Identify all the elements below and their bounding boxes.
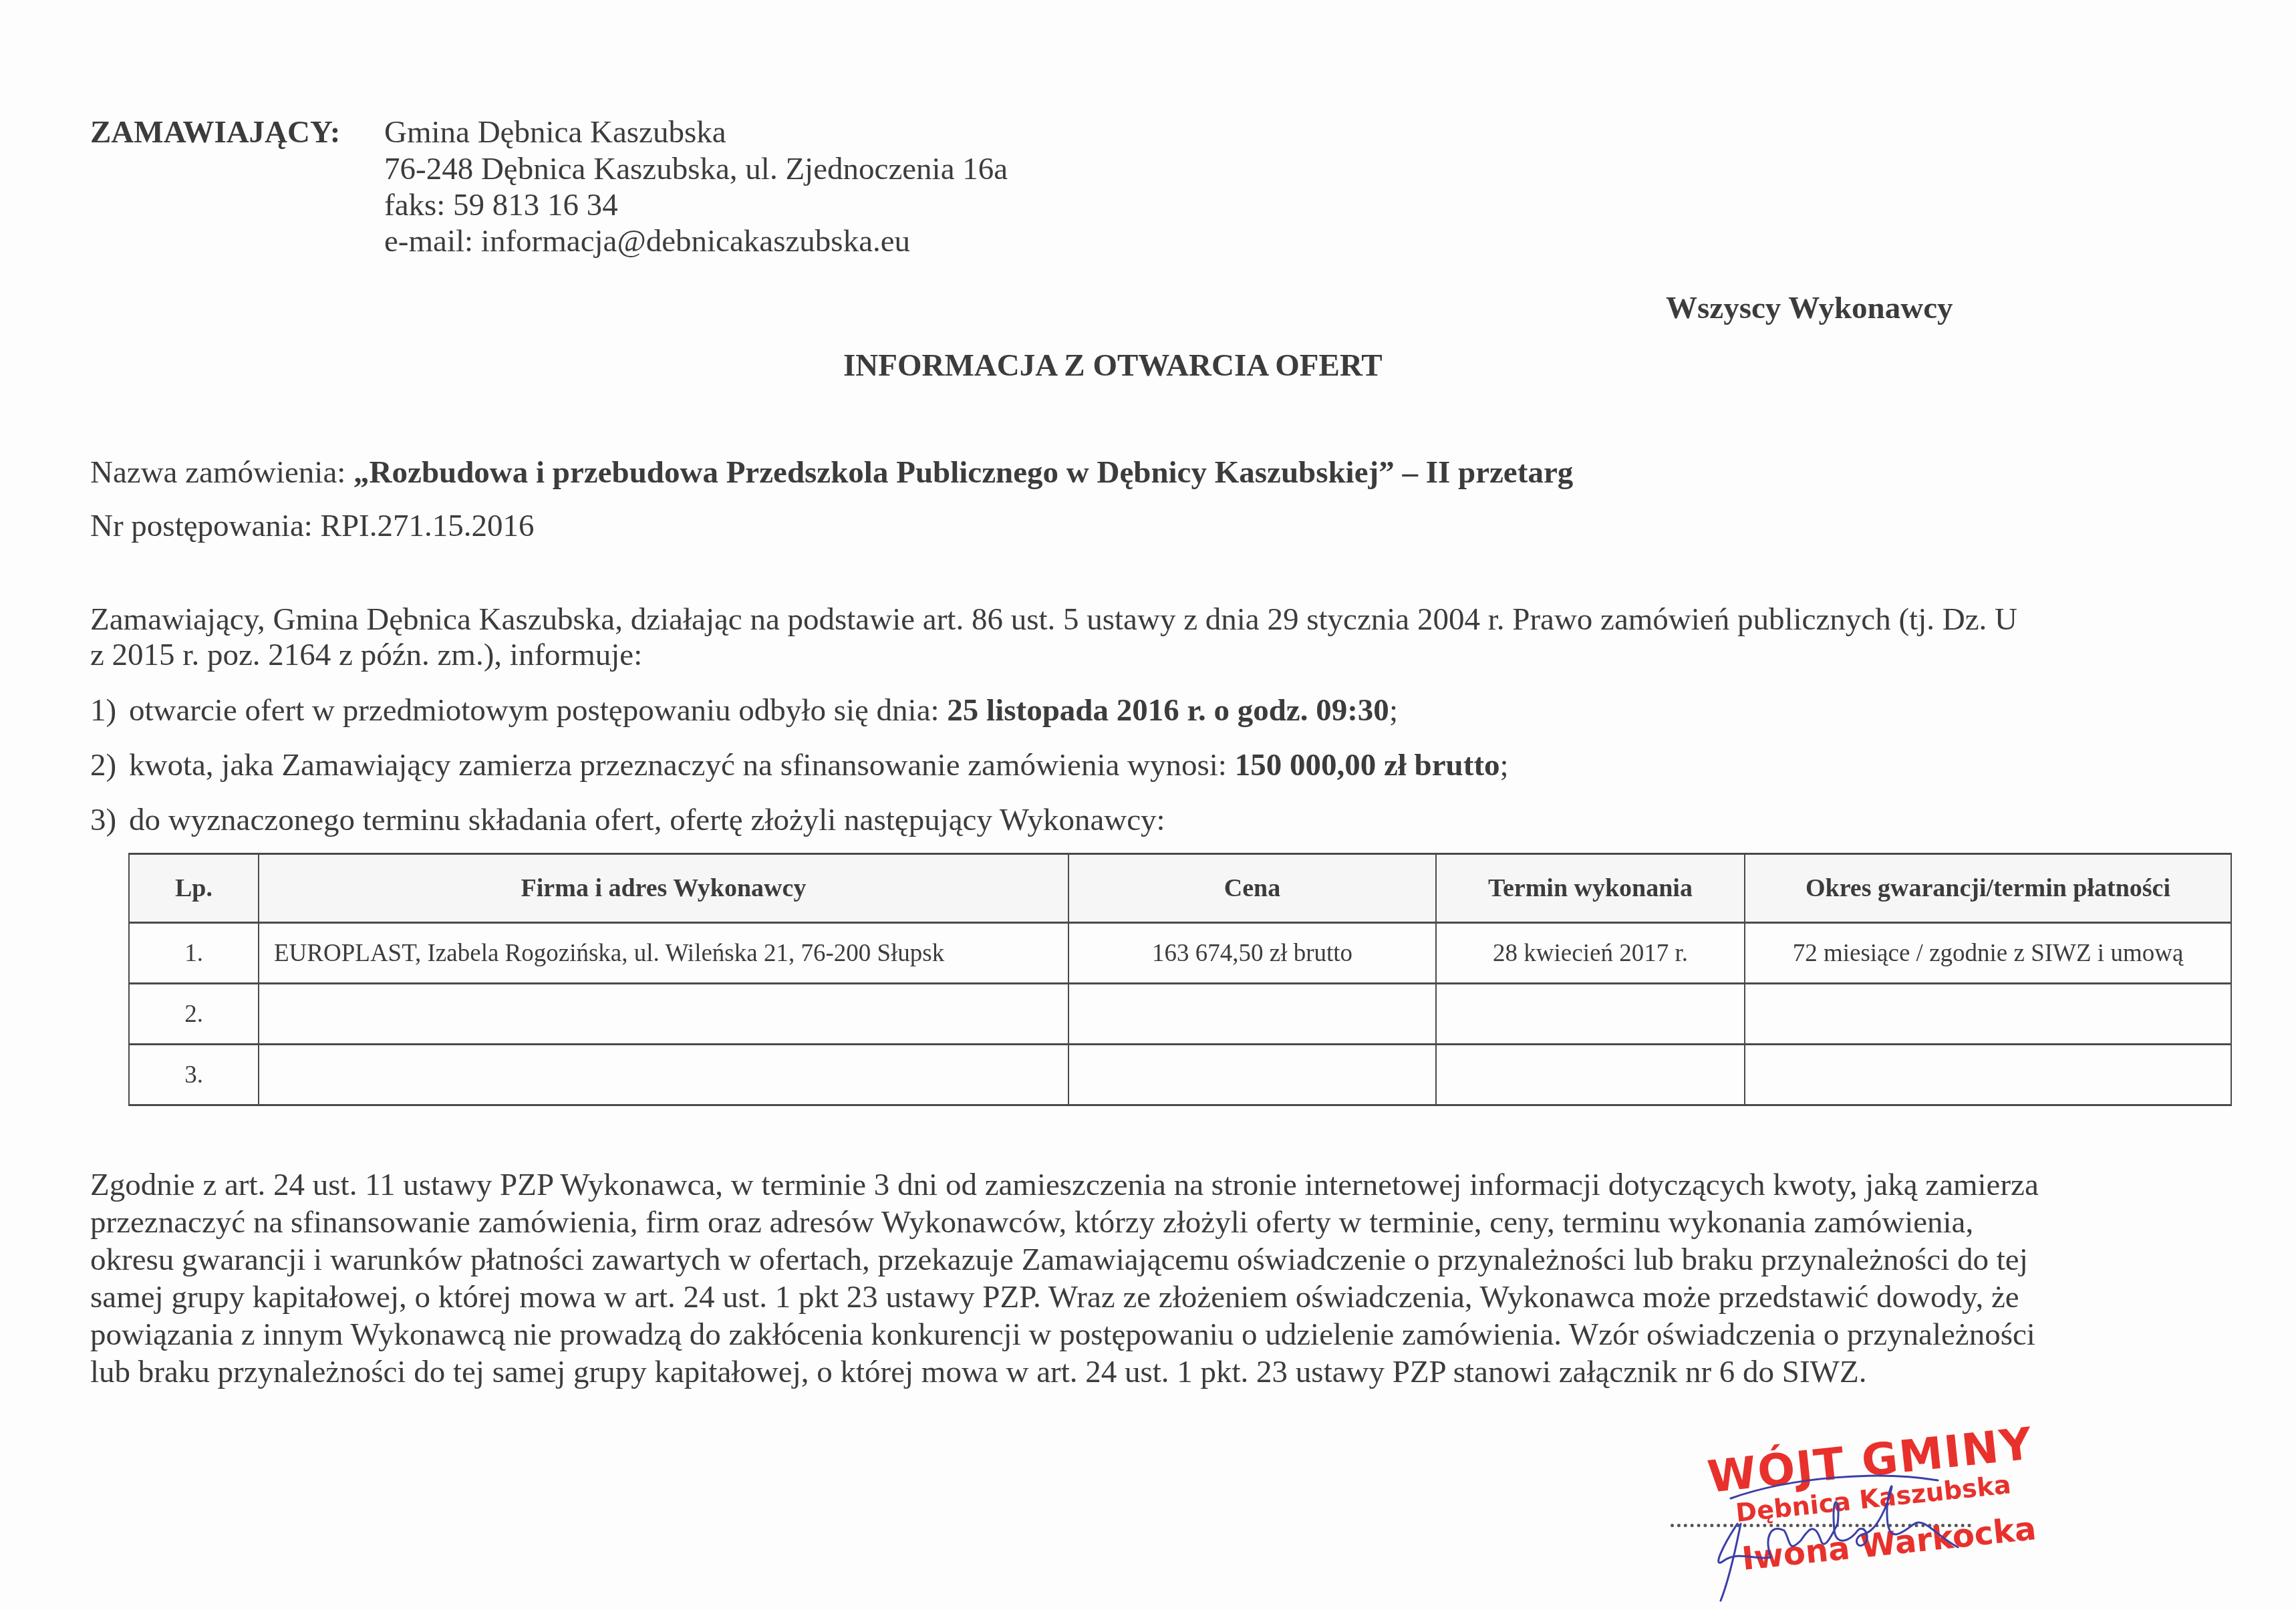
cell-warranty: 72 miesiące / zgodnie z SIWZ i umową — [1745, 923, 2231, 984]
cell-lp: 2. — [129, 984, 259, 1045]
intro-line: Zamawiający, Gmina Dębnica Kaszubska, dz… — [90, 601, 2017, 638]
closing-line: okresu gwarancji i warunków płatności za… — [90, 1242, 2028, 1278]
closing-line: lub braku przynależności do tej samej gr… — [90, 1354, 1866, 1390]
list-tail: ; — [1500, 748, 1509, 783]
recipients: Wszyscy Wykonawcy — [1666, 290, 1953, 326]
document-title: INFORMACJA Z OTWARCIA OFERT — [843, 348, 1383, 384]
cell-lp: 1. — [129, 923, 259, 984]
list-text: kwota, jaka Zamawiający zamierza przezna… — [129, 748, 1235, 783]
column-header-deadline: Termin wykonania — [1436, 854, 1745, 923]
cell-deadline — [1436, 984, 1745, 1045]
table-row: 3. — [129, 1045, 2231, 1105]
list-number: 2) — [90, 747, 129, 783]
list-bold: 150 000,00 zł brutto — [1235, 748, 1500, 783]
ordering-party-label: ZAMAWIAJĄCY: — [90, 114, 340, 150]
cell-price — [1068, 984, 1436, 1045]
procedure-number-value: RPI.271.15.2016 — [321, 509, 535, 543]
list-item-opening-date: 1)otwarcie ofert w przedmiotowym postępo… — [90, 692, 1398, 728]
closing-line: Zgodnie z art. 24 ust. 11 ustawy PZP Wyk… — [90, 1167, 2039, 1203]
cell-warranty — [1745, 1045, 2231, 1105]
order-name-value: „Rozbudowa i przebudowa Przedszkola Publ… — [353, 455, 1573, 490]
cell-firm — [259, 1045, 1068, 1105]
column-header-lp: Lp. — [129, 854, 259, 923]
handwritten-signature-icon — [1657, 1424, 2031, 1610]
cell-deadline — [1436, 1045, 1745, 1105]
intro-line: z 2015 r. poz. 2164 z późn. zm.), inform… — [90, 637, 642, 673]
address-line-street: 76-248 Dębnica Kaszubska, ul. Zjednoczen… — [384, 151, 1008, 187]
official-stamp: WÓJT GMINY Dębnica Kaszubska Iwona Warko… — [1657, 1424, 2031, 1610]
table-row: 1. EUROPLAST, Izabela Rogozińska, ul. Wi… — [129, 923, 2231, 984]
closing-line: powiązania z innym Wykonawcą nie prowadz… — [90, 1317, 2035, 1353]
closing-line: przeznaczyć na sfinansowanie zamówienia,… — [90, 1204, 1973, 1240]
cell-warranty — [1745, 984, 2231, 1045]
address-line-fax: faks: 59 813 16 34 — [384, 187, 618, 223]
address-line-email: e-mail: informacja@debnicakaszubska.eu — [384, 223, 910, 259]
table-row: 2. — [129, 984, 2231, 1045]
cell-firm — [259, 984, 1068, 1045]
list-bold: 25 listopada 2016 r. o godz. 09:30 — [947, 693, 1389, 728]
list-number: 1) — [90, 692, 129, 728]
offers-table: Lp. Firma i adres Wykonawcy Cena Termin … — [128, 853, 2232, 1106]
list-text: otwarcie ofert w przedmiotowym postępowa… — [129, 693, 947, 728]
order-name-label: Nazwa zamówienia: — [90, 455, 353, 490]
cell-deadline: 28 kwiecień 2017 r. — [1436, 923, 1745, 984]
cell-firm: EUROPLAST, Izabela Rogozińska, ul. Wileń… — [259, 923, 1068, 984]
cell-lp: 3. — [129, 1045, 259, 1105]
list-text: do wyznaczonego terminu składania ofert,… — [129, 803, 1165, 837]
list-item-budget: 2)kwota, jaka Zamawiający zamierza przez… — [90, 747, 1509, 783]
procedure-number: Nr postępowania: RPI.271.15.2016 — [90, 508, 534, 544]
list-tail: ; — [1389, 693, 1398, 728]
table-header-row: Lp. Firma i adres Wykonawcy Cena Termin … — [129, 854, 2231, 923]
cell-price — [1068, 1045, 1436, 1105]
procedure-number-label: Nr postępowania: — [90, 509, 321, 543]
order-name: Nazwa zamówienia: „Rozbudowa i przebudow… — [90, 454, 1573, 491]
column-header-price: Cena — [1068, 854, 1436, 923]
column-header-firm: Firma i adres Wykonawcy — [259, 854, 1068, 923]
cell-price: 163 674,50 zł brutto — [1068, 923, 1436, 984]
list-number: 3) — [90, 802, 129, 838]
closing-line: samej grupy kapitałowej, o której mowa w… — [90, 1279, 2019, 1315]
column-header-warranty: Okres gwarancji/termin płatności — [1745, 854, 2231, 923]
list-item-bidders: 3)do wyznaczonego terminu składania ofer… — [90, 802, 1165, 838]
address-line-name: Gmina Dębnica Kaszubska — [384, 114, 726, 150]
